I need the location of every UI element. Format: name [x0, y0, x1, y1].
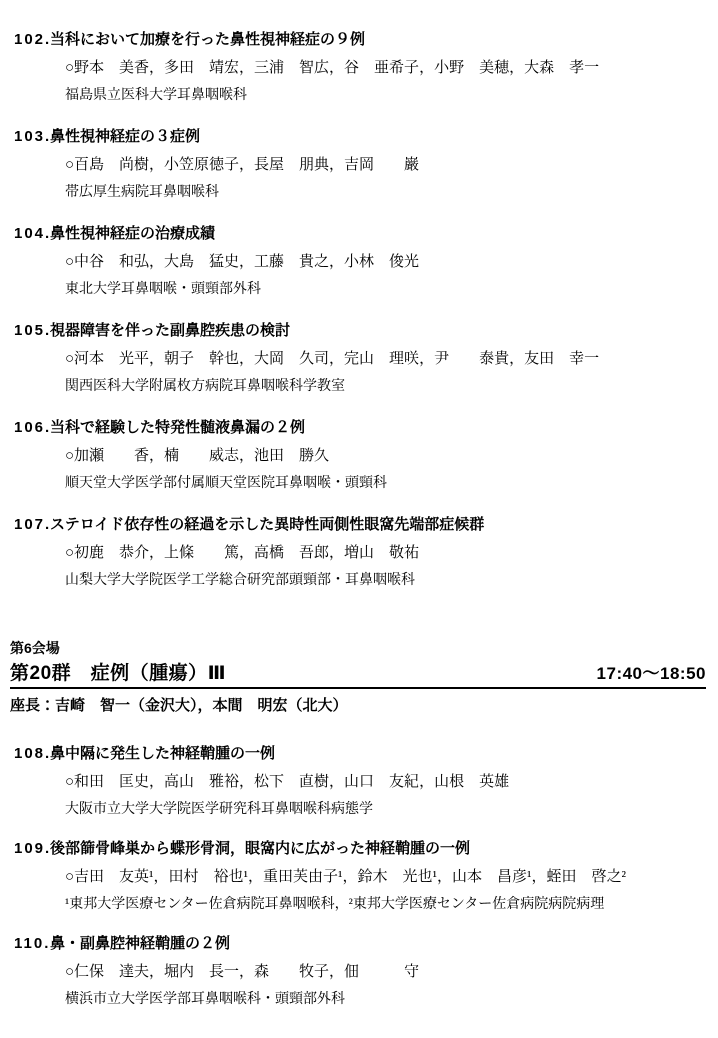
presentation-authors: ○河本 光平，朝子 幹也，大岡 久司，完山 理咲，尹 泰貴，友田 幸一 — [14, 345, 706, 373]
presentation-title: 視器障害を伴った副鼻腔疾患の検討 — [50, 322, 290, 339]
presentation-title: 当科において加療を行った鼻性視神経症の９例 — [50, 31, 365, 48]
presentation-number: 110. — [14, 930, 50, 958]
presentation-authors: ○加瀬 香，楠 威志，池田 勝久 — [14, 442, 706, 470]
presentation-authors: ○和田 匡史，高山 雅裕，松下 直樹，山口 友紀，山根 英雄 — [14, 768, 706, 796]
presentation-number: 109. — [14, 835, 50, 863]
presentation-number: 103. — [14, 123, 50, 151]
presentation-authors: ○野本 美香，多田 靖宏，三浦 智広，谷 亜希子，小野 美穂，大森 孝一 — [14, 54, 706, 82]
program-item-103: 103.鼻性視神経症の３症例 ○百島 尚樹，小笠原徳子，長屋 朋典，吉岡 巌 帯… — [14, 123, 706, 207]
session-title-row: 第20群 症例（腫瘍）Ⅲ 17:40～18:50 — [10, 661, 706, 689]
program-item-105: 105.視器障害を伴った副鼻腔疾患の検討 ○河本 光平，朝子 幹也，大岡 久司，… — [14, 317, 706, 401]
presentation-affiliation: 山梨大学大学院医学工学総合研究部頭頸部・耳鼻咽喉科 — [14, 567, 706, 595]
presentation-title: 鼻中隔に発生した神経鞘腫の一例 — [50, 745, 275, 762]
presentation-title: 鼻・副鼻腔神経鞘腫の２例 — [50, 935, 230, 952]
program-item-110: 110.鼻・副鼻腔神経鞘腫の２例 ○仁保 達夫，堀内 長一，森 牧子，佃 守 横… — [14, 930, 706, 1014]
program-list-bottom: 108.鼻中隔に発生した神経鞘腫の一例 ○和田 匡史，高山 雅裕，松下 直樹，山… — [14, 740, 706, 1014]
presentation-number: 105. — [14, 317, 50, 345]
presentation-number: 102. — [14, 26, 50, 54]
presentation-affiliation: 福島県立医科大学耳鼻咽喉科 — [14, 82, 706, 110]
presentation-title: 鼻性視神経症の治療成績 — [50, 225, 215, 242]
presentation-affiliation: 大阪市立大学大学院医学研究科耳鼻咽喉科病態学 — [14, 796, 706, 824]
presentation-number: 107. — [14, 511, 50, 539]
program-item-108: 108.鼻中隔に発生した神経鞘腫の一例 ○和田 匡史，高山 雅裕，松下 直樹，山… — [14, 740, 706, 824]
session-header: 第6会場 第20群 症例（腫瘍）Ⅲ 17:40～18:50 座長：吉崎 智一（金… — [10, 638, 706, 716]
presentation-affiliation: ¹東邦大学医療センター佐倉病院耳鼻咽喉科，²東邦大学医療センター佐倉病院病院病理 — [14, 891, 706, 919]
program-item-107: 107.ステロイド依存性の経過を示した異時性両側性眼窩先端部症候群 ○初鹿 恭介… — [14, 511, 706, 595]
program-item-109: 109.後部篩骨峰巣から蝶形骨洞，眼窩内に広がった神経鞘腫の一例 ○吉田 友英¹… — [14, 835, 706, 919]
presentation-affiliation: 順天堂大学医学部付属順天堂医院耳鼻咽喉・頭頸科 — [14, 470, 706, 498]
presentation-affiliation: 帯広厚生病院耳鼻咽喉科 — [14, 179, 706, 207]
program-page: 102.当科において加療を行った鼻性視神経症の９例 ○野本 美香，多田 靖宏，三… — [0, 0, 718, 1038]
presentation-title: 鼻性視神経症の３症例 — [50, 128, 200, 145]
session-chairs: 座長：吉崎 智一（金沢大），本間 明宏（北大） — [10, 696, 706, 716]
presentation-affiliation: 横浜市立大学医学部耳鼻咽喉科・頭頸部外科 — [14, 986, 706, 1014]
presentation-title: ステロイド依存性の経過を示した異時性両側性眼窩先端部症候群 — [50, 516, 484, 533]
session-group-title: 第20群 症例（腫瘍）Ⅲ — [10, 661, 226, 687]
presentation-authors: ○仁保 達夫，堀内 長一，森 牧子，佃 守 — [14, 958, 706, 986]
presentation-authors: ○百島 尚樹，小笠原徳子，長屋 朋典，吉岡 巌 — [14, 151, 706, 179]
presentation-authors: ○吉田 友英¹，田村 裕也¹，重田芙由子¹，鈴木 光也¹，山本 昌彦¹，蛭田 啓… — [14, 863, 706, 891]
program-item-106: 106.当科で経験した特発性髄液鼻漏の２例 ○加瀬 香，楠 威志，池田 勝久 順… — [14, 414, 706, 498]
presentation-number: 104. — [14, 220, 50, 248]
program-item-104: 104.鼻性視神経症の治療成績 ○中谷 和弘，大島 猛史，工藤 貴之，小林 俊光… — [14, 220, 706, 304]
presentation-affiliation: 東北大学耳鼻咽喉・頭頸部外科 — [14, 276, 706, 304]
presentation-number: 108. — [14, 740, 50, 768]
presentation-authors: ○中谷 和弘，大島 猛史，工藤 貴之，小林 俊光 — [14, 248, 706, 276]
presentation-affiliation: 関西医科大学附属枚方病院耳鼻咽喉科学教室 — [14, 373, 706, 401]
presentation-title: 当科で経験した特発性髄液鼻漏の２例 — [50, 419, 305, 436]
program-item-102: 102.当科において加療を行った鼻性視神経症の９例 ○野本 美香，多田 靖宏，三… — [14, 26, 706, 110]
presentation-number: 106. — [14, 414, 50, 442]
session-time: 17:40～18:50 — [597, 661, 706, 687]
program-list-top: 102.当科において加療を行った鼻性視神経症の９例 ○野本 美香，多田 靖宏，三… — [14, 26, 706, 595]
presentation-authors: ○初鹿 恭介，上條 篤，高橋 吾郎，増山 敬祐 — [14, 539, 706, 567]
venue-label: 第6会場 — [10, 638, 706, 658]
presentation-title: 後部篩骨峰巣から蝶形骨洞，眼窩内に広がった神経鞘腫の一例 — [50, 840, 470, 857]
